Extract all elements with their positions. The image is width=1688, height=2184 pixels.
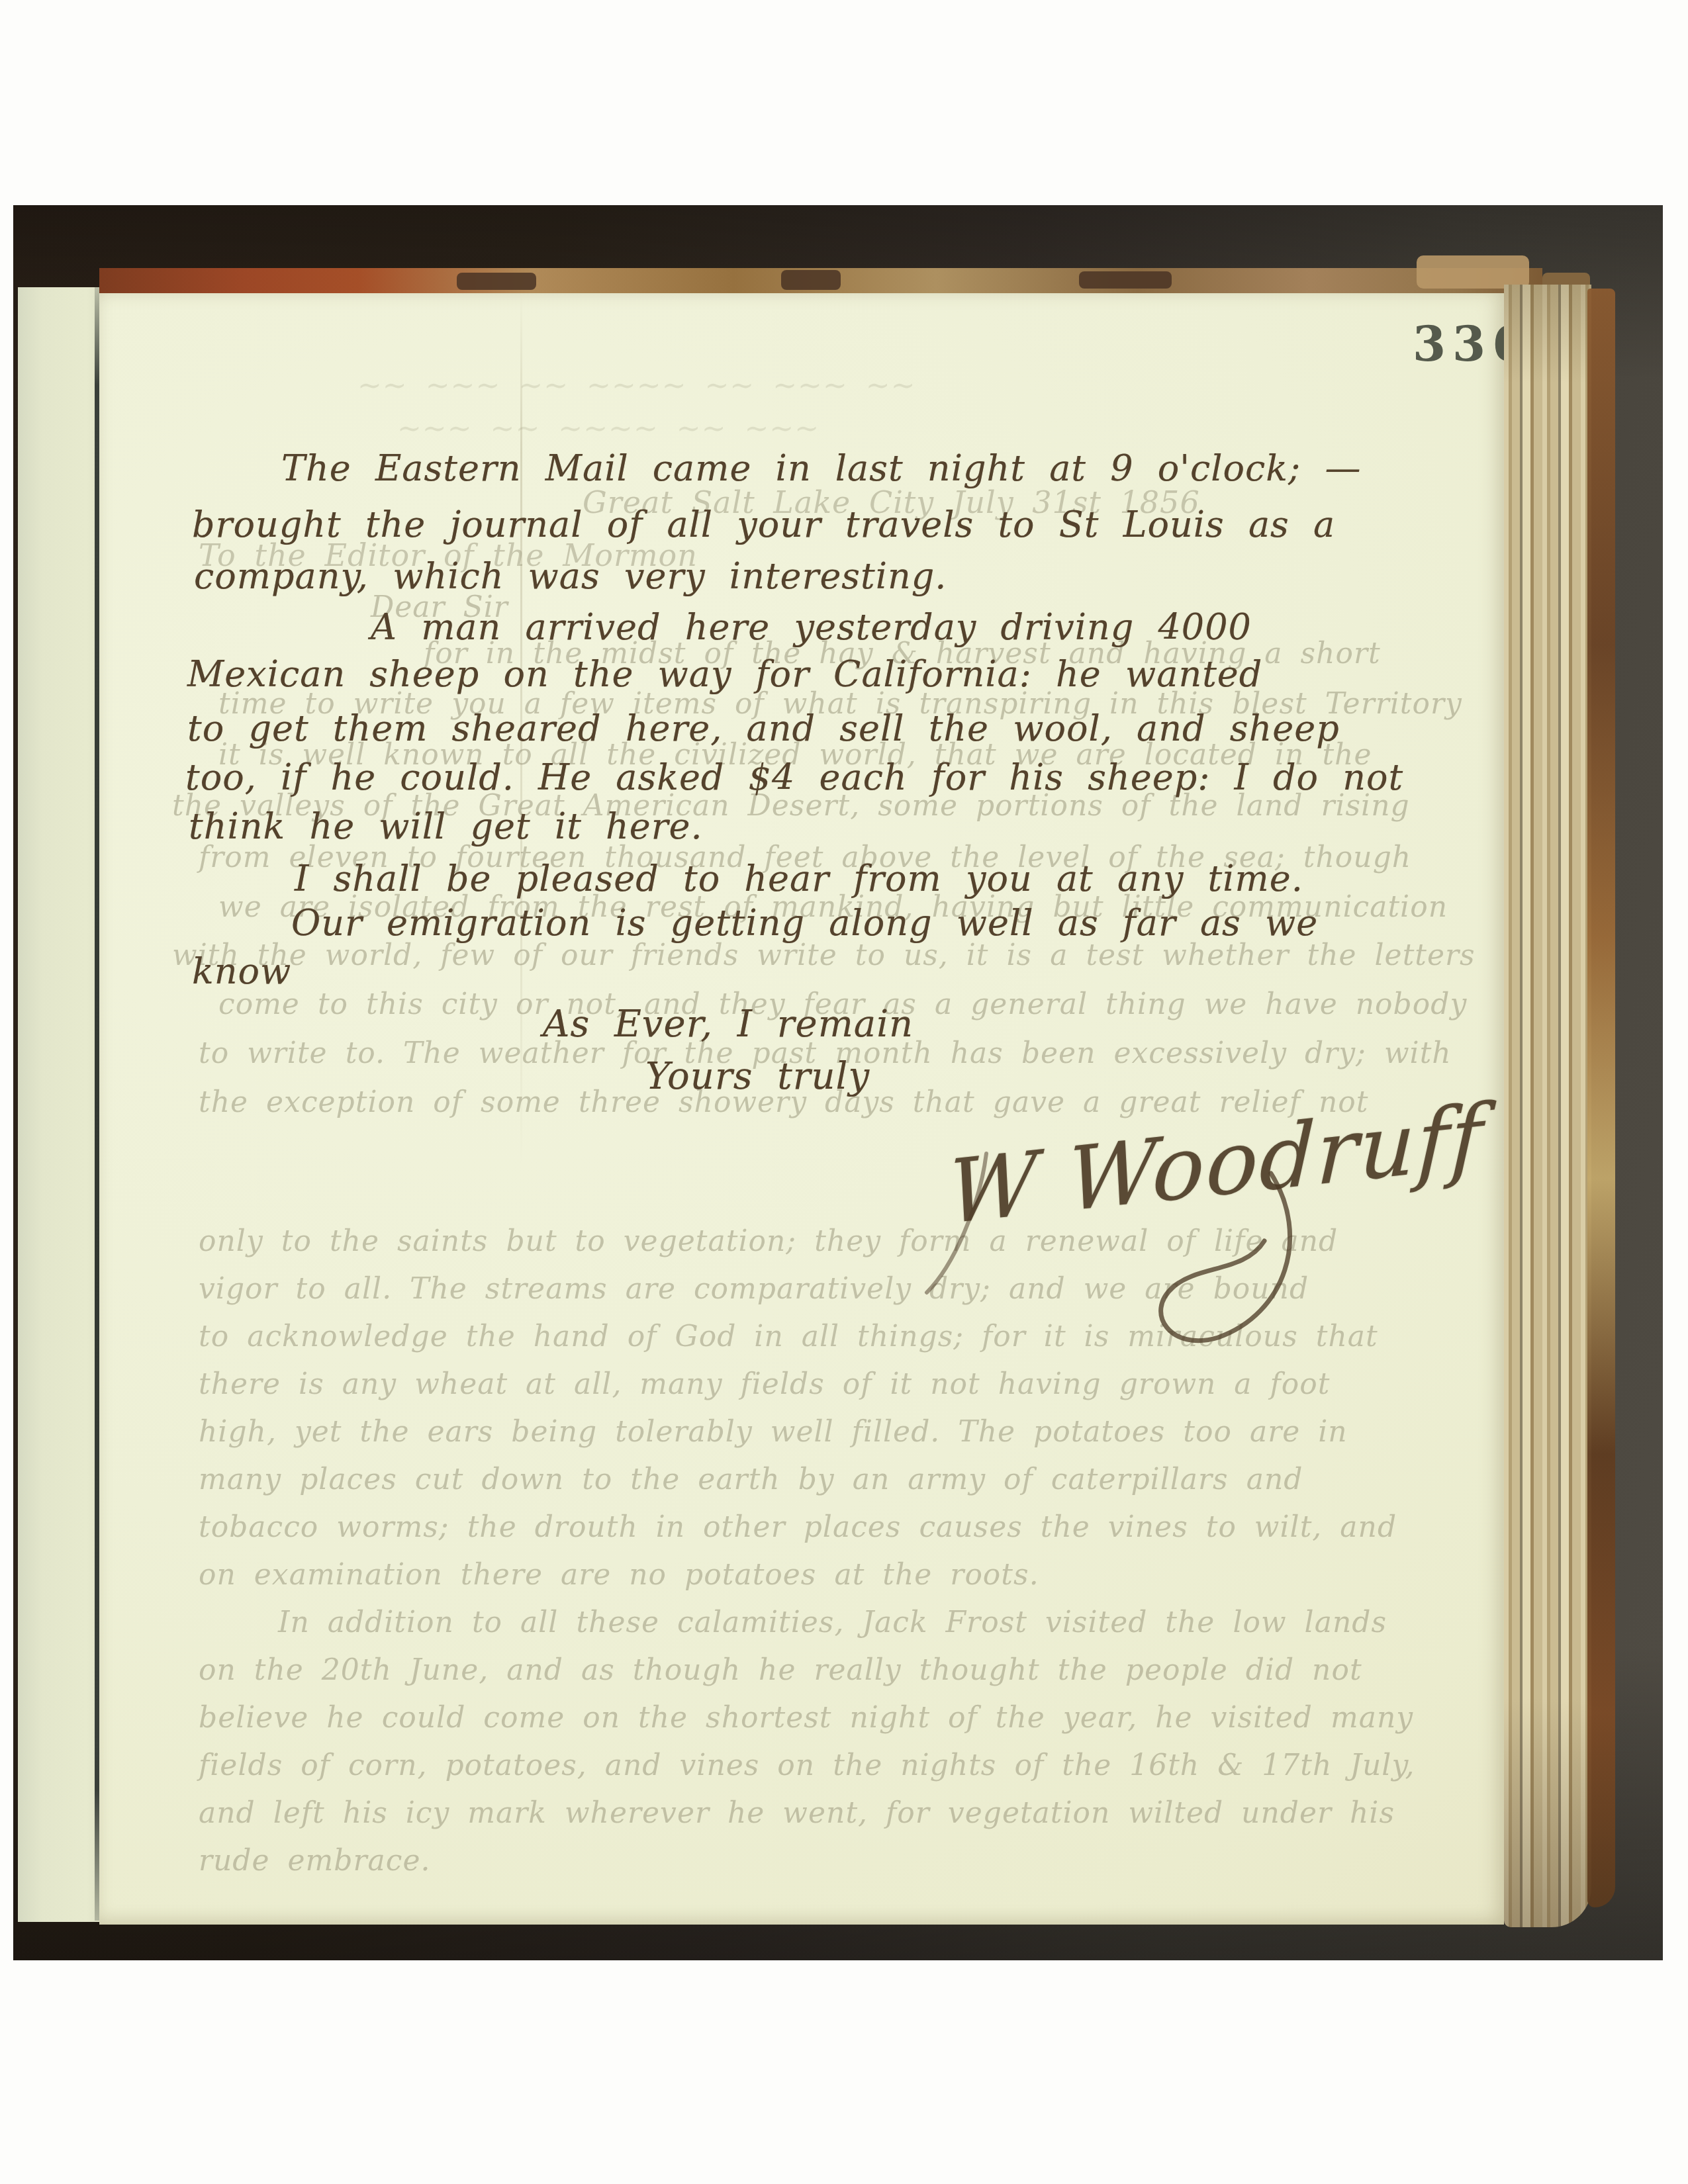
paper-debris-patch — [1079, 271, 1172, 289]
closing-line: As Ever, I remain — [543, 1003, 914, 1046]
under-page-edge — [18, 287, 99, 1922]
letter-line: Mexican sheep on the way for California:… — [187, 653, 1262, 695]
bleed-through-line: many places cut down to the earth by an … — [199, 1463, 1303, 1496]
letter-line: to get them sheared here, and sell the w… — [187, 707, 1340, 749]
paper-debris-patch — [781, 270, 841, 290]
bleed-through-line: tobacco worms; the drouth in other place… — [199, 1510, 1397, 1544]
book-cover-edge — [1587, 289, 1615, 1907]
bleed-through-line: rude embrace. — [199, 1844, 430, 1878]
bleed-through-line: high, yet the ears being tolerably well … — [199, 1415, 1348, 1449]
signature-block: W Woodruff — [847, 1074, 1403, 1385]
bleed-through-line: fields of corn, potatoes, and vines on t… — [199, 1749, 1415, 1782]
letter-line: A man arrived here yesterday driving 400… — [371, 606, 1252, 648]
paper-debris-patch — [1417, 255, 1529, 289]
letter-line: Our emigration is getting along well as … — [291, 902, 1318, 944]
letter-line: I shall be pleased to hear from you at a… — [295, 858, 1303, 899]
letter-line: think he will get it here. — [189, 805, 703, 847]
manuscript-page: 336 ∼∼ ∼∼∼ ∼∼ ∼∼∼∼ ∼∼ ∼∼∼ ∼∼ ∼∼∼ ∼∼ ∼∼∼∼… — [99, 293, 1504, 1925]
closing-line: Yours truly — [645, 1055, 870, 1098]
bleed-through-line: on the 20th June, and as though he reall… — [199, 1653, 1362, 1687]
letter-line: brought the journal of all your travels … — [192, 504, 1335, 545]
bleed-through-line: on examination there are no potatoes at … — [199, 1558, 1039, 1592]
bleed-through-line: believe he could come on the shortest ni… — [199, 1701, 1413, 1735]
bleed-through-line: In addition to all these calamities, Jac… — [278, 1606, 1387, 1639]
letter-line: too, if he could. He asked $4 each for h… — [185, 756, 1403, 798]
bleed-through-line: and left his icy mark wherever he went, … — [199, 1796, 1395, 1830]
letter-line: company, which was very interesting. — [194, 555, 947, 597]
bleed-through-line: ∼∼∼ ∼∼ ∼∼∼∼ ∼∼ ∼∼∼ — [397, 412, 820, 445]
book-fore-edge — [1504, 285, 1591, 1927]
paper-debris-patch — [457, 273, 536, 290]
letter-line: The Eastern Mail came in last night at 9… — [281, 447, 1361, 489]
letter-line: know — [192, 950, 291, 992]
bleed-through-line: ∼∼ ∼∼∼ ∼∼ ∼∼∼∼ ∼∼ ∼∼∼ ∼∼ — [357, 369, 916, 402]
